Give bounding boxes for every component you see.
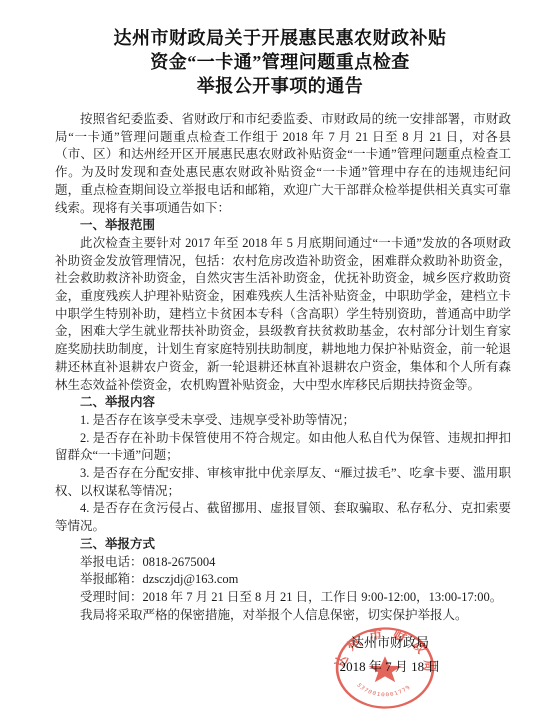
notice-body: 按照省纪委监委、省财政厅和市纪委监委、市财政局的统一安排部署，市财政局“一卡通”…: [0, 111, 511, 624]
report-item-3: 3. 是否存在分配安排、审核审批中优亲厚友、“雁过拔毛”、吃拿卡要、滥用职权、以…: [55, 465, 511, 500]
method-line-phone: 举报电话：0818-2675004: [55, 554, 511, 572]
method-line-time: 受理时间：2018 年 7 月 21 日至 8 月 21 日，工作日 9:00-…: [55, 589, 511, 607]
signature-org: 达州市财政局: [320, 631, 460, 655]
signature-date: 2018 年 7 月 18 日: [320, 655, 460, 679]
title-line-1: 达州市财政局关于开展惠民惠农财政补贴: [0, 26, 560, 50]
notice-page: 达州市财政局关于开展惠民惠农财政补贴 资金“一卡通”管理问题重点检查 举报公开事…: [0, 0, 560, 711]
section-heading-method: 三、举报方式: [55, 536, 511, 554]
title-line-3: 举报公开事项的通告: [0, 74, 560, 98]
section-heading-scope: 一、举报范围: [55, 217, 511, 235]
report-item-1: 1. 是否存在该享受未享受、违规享受补助等情况；: [55, 412, 511, 430]
notice-title: 达州市财政局关于开展惠民惠农财政补贴 资金“一卡通”管理问题重点检查 举报公开事…: [0, 0, 560, 98]
intro-paragraph: 按照省纪委监委、省财政厅和市纪委监委、市财政局的统一安排部署，市财政局“一卡通”…: [55, 111, 511, 217]
report-item-2: 2. 是否存在补助卡保管使用不符合规定。如由他人私自代为保管、违规扣押扣留群众“…: [55, 430, 511, 465]
seal-serial: 5370010001779: [355, 683, 413, 698]
svg-text:5370010001779: 5370010001779: [355, 683, 413, 698]
title-line-2: 资金“一卡通”管理问题重点检查: [0, 50, 560, 74]
method-line-email: 举报邮箱：dzsczjdj@163.com: [55, 571, 511, 589]
scope-paragraph: 此次检查主要针对 2017 年至 2018 年 5 月底期间通过“一卡通”发放的…: [55, 235, 511, 394]
signature-block: 达州市财政局 2018 年 7 月 18 日: [320, 631, 460, 679]
section-heading-content: 二、举报内容: [55, 394, 511, 412]
report-item-4: 4. 是否存在贪污侵占、截留挪用、虚报冒领、套取骗取、私存私分、克扣索要等情况。: [55, 500, 511, 535]
method-line-confidential: 我局将采取严格的保密措施，对举报个人信息保密，切实保护举报人。: [55, 607, 511, 625]
